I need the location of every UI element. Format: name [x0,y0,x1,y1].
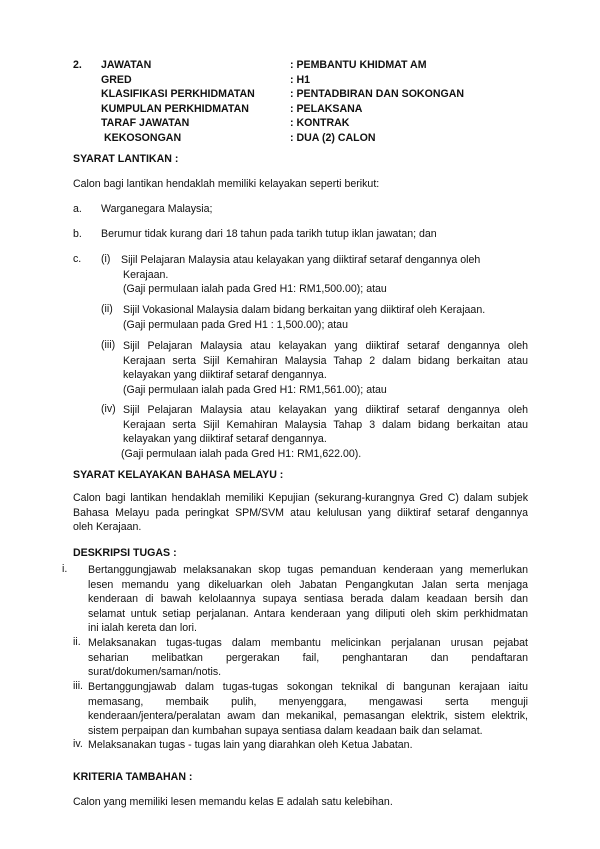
section-title: SYARAT LANTIKAN : [73,153,178,165]
text-line: seharian melibatkan pergerakan fail, pen… [88,651,528,666]
intro-text: Calon bagi lantikan hendaklah memiliki k… [73,178,379,190]
text-line: Sijil Pelajaran Malaysia atau kelayakan … [123,403,528,418]
duty-item-iv: Melaksanakan tugas - tugas lain yang dia… [88,738,528,753]
text-line: Sijil Pelajaran Malaysia atau kelayakan … [121,253,531,268]
text-line: kelayakan yang diiktiraf setaraf dengann… [123,368,528,383]
section-title: SYARAT KELAYAKAN BAHASA MELAYU : [73,469,283,481]
field-value-gred: : H1 [290,74,310,86]
field-value-taraf: : KONTRAK [290,117,349,129]
field-value-klasifikasi: : PENTADBIRAN DAN SOKONGAN [290,88,464,100]
text-line: Melaksanakan tugas - tugas lain yang dia… [88,738,528,753]
text-line: memasang, membaik pulih, menyenggara, me… [88,695,528,710]
section-title: KRITERIA TAMBAHAN : [73,771,192,783]
text-line: surat/dokumen/saman/notis. [88,665,528,680]
sub-marker-ii: (ii) [101,303,113,315]
field-value-jawatan: : PEMBANTU KHIDMAT AM [290,59,427,71]
field-value-kekosongan: : DUA (2) CALON [290,132,376,144]
sub-marker-iii: (iii) [101,339,115,351]
text-line: sistem perpaipan dan kumbahan supaya sen… [88,724,528,739]
text-line: (Gaji permulaan pada Gred H1 : 1,500.00)… [123,318,533,333]
sub-marker-i: (i) [101,253,110,265]
text-line: ini ialah kereta dan lori. [88,621,528,636]
text-line: Bertanggungjawab melaksanakan skop tugas… [88,563,528,578]
text-line: Calon bagi lantikan hendaklah memiliki K… [73,491,528,506]
text-line: kenderaan di bawah kelolaannya supaya se… [88,592,528,607]
field-label-klasifikasi: KLASIFIKASI PERKHIDMATAN [101,88,255,100]
text-line: Kerajaan serta Sijil Kemahiran Malaysia … [123,418,528,433]
sub-item-iii: Sijil Pelajaran Malaysia atau kelayakan … [123,339,528,397]
list-item-b: Berumur tidak kurang dari 18 tahun pada … [101,228,437,240]
sub-marker-iv: (iv) [101,403,116,415]
duty-marker-iii: iii. [73,680,83,692]
text-line: Melaksanakan tugas-tugas dalam membantu … [88,636,528,651]
text-line: Kerajaan. [121,268,531,283]
list-marker-c: c. [73,253,81,265]
section-title: DESKRIPSI TUGAS : [73,547,177,559]
duty-item-ii: Melaksanakan tugas-tugas dalam membantu … [88,636,528,680]
sub-item-i: Sijil Pelajaran Malaysia atau kelayakan … [121,253,531,297]
duty-marker-ii: ii. [73,636,81,648]
text-line: oleh Kerajaan. [73,520,528,535]
list-marker-b: b. [73,228,82,240]
text-line: (Gaji permulaan ialah pada Gred H1: RM1,… [121,282,531,297]
text-line: kenderaan/jentera/peralatan awam dan mek… [88,709,528,724]
bahasa-melayu-text: Calon bagi lantikan hendaklah memiliki K… [73,491,528,535]
kriteria-text: Calon yang memiliki lesen memandu kelas … [73,796,393,808]
field-value-kumpulan: : PELAKSANA [290,103,362,115]
sub-item-iv: Sijil Pelajaran Malaysia atau kelayakan … [123,403,528,461]
text-line: Kerajaan serta Sijil Kemahiran Malaysia … [123,354,528,369]
duty-marker-iv: iv. [73,738,83,750]
text-line: lesen memandu yang dikeluarkan oleh Jaba… [88,578,528,593]
field-label-kumpulan: KUMPULAN PERKHIDMATAN [101,103,249,115]
duty-item-iii: Bertanggungjawab dalam tugas-tugas sokon… [88,680,528,738]
text-line: Sijil Vokasional Malaysia dalam bidang b… [123,303,533,318]
text-line: Bertanggungjawab dalam tugas-tugas sokon… [88,680,528,695]
text-line: Sijil Pelajaran Malaysia atau kelayakan … [123,339,528,354]
text-line: selamat untuk setiap perjalanan. Antara … [88,607,528,622]
text-line: (Gaji permulaan ialah pada Gred H1: RM1,… [121,447,528,462]
field-label-gred: GRED [101,74,132,86]
text-line: kelayakan yang diiktiraf setaraf dengann… [123,432,528,447]
section-number: 2. [73,59,82,71]
list-item-a: Warganegara Malaysia; [101,203,212,215]
duty-item-i: Bertanggungjawab melaksanakan skop tugas… [88,563,528,636]
list-marker-a: a. [73,203,82,215]
text-line: Bahasa Melayu pada peringkat SPM/SVM ata… [73,506,528,521]
duty-marker-i: i. [62,563,67,575]
field-label-jawatan: JAWATAN [101,59,151,71]
sub-item-ii: Sijil Vokasional Malaysia dalam bidang b… [123,303,533,332]
field-label-taraf: TARAF JAWATAN [101,117,189,129]
field-label-kekosongan: KEKOSONGAN [104,132,181,144]
text-line: (Gaji permulaan ialah pada Gred H1: RM1,… [123,383,528,398]
